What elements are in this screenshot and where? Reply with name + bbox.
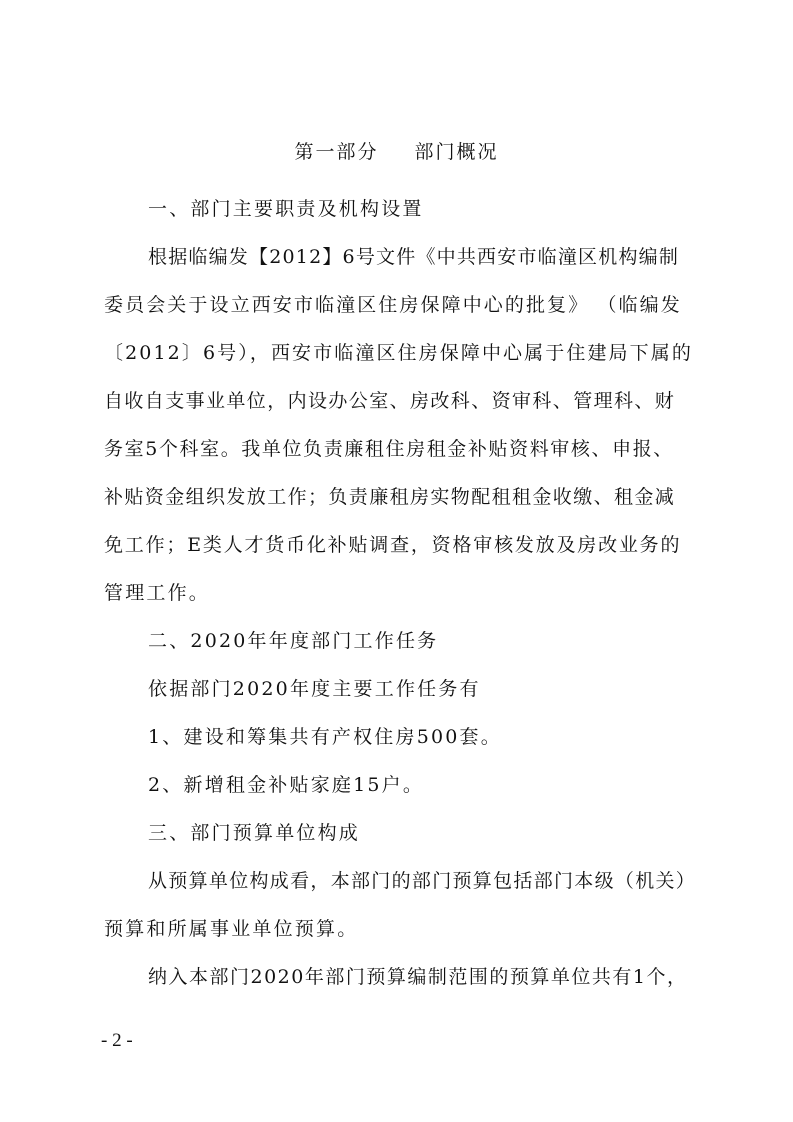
list-item: 1、建设和筹集共有产权住房500套。: [148, 725, 502, 749]
paragraph-line: 免工作；E类人才货币化补贴调查，资格审核发放及房改业务的: [104, 533, 681, 557]
title-name: 部门概况: [415, 141, 499, 163]
paragraph-line: 预算和所属事业单位预算。: [104, 917, 358, 941]
paragraph-line: 委员会关于设立西安市临潼区住房保障中心的批复》 （临编发: [104, 293, 682, 317]
paragraph-line: 纳入本部门2020年部门预算编制范围的预算单位共有1个，: [148, 965, 687, 989]
paragraph-line: 自收自支事业单位，内设办公室、房改科、资审科、管理科、财: [104, 389, 675, 413]
page-title: 第一部分部门概况: [0, 140, 793, 164]
section2-intro: 依据部门2020年度主要工作任务有: [148, 677, 481, 701]
paragraph-line: 〔2012〕6号），西安市临潼区住房保障中心属于住建局下属的: [104, 341, 693, 365]
list-item: 2、新增租金补贴家庭15户。: [148, 773, 424, 797]
paragraph-line: 从预算单位构成看，本部门的部门预算包括部门本级（机关）: [148, 869, 696, 893]
paragraph-line: 管理工作。: [104, 581, 210, 605]
section2-heading: 二、2020年年度部门工作任务: [148, 629, 438, 653]
page-number: - 2 -: [101, 1030, 133, 1052]
paragraph-line: 根据临编发【2012】6号文件《中共西安市临潼区机构编制: [148, 245, 679, 269]
paragraph-line: 补贴资金组织发放工作；负责廉租房实物配租租金收缴、租金减: [104, 485, 675, 509]
paragraph-line: 务室5个科室。我单位负责廉租住房租金补贴资料审核、申报、: [104, 437, 674, 461]
section1-heading: 一、部门主要职责及机构设置: [148, 197, 424, 221]
title-part: 第一部分: [294, 141, 378, 163]
section3-heading: 三、部门预算单位构成: [148, 821, 360, 845]
